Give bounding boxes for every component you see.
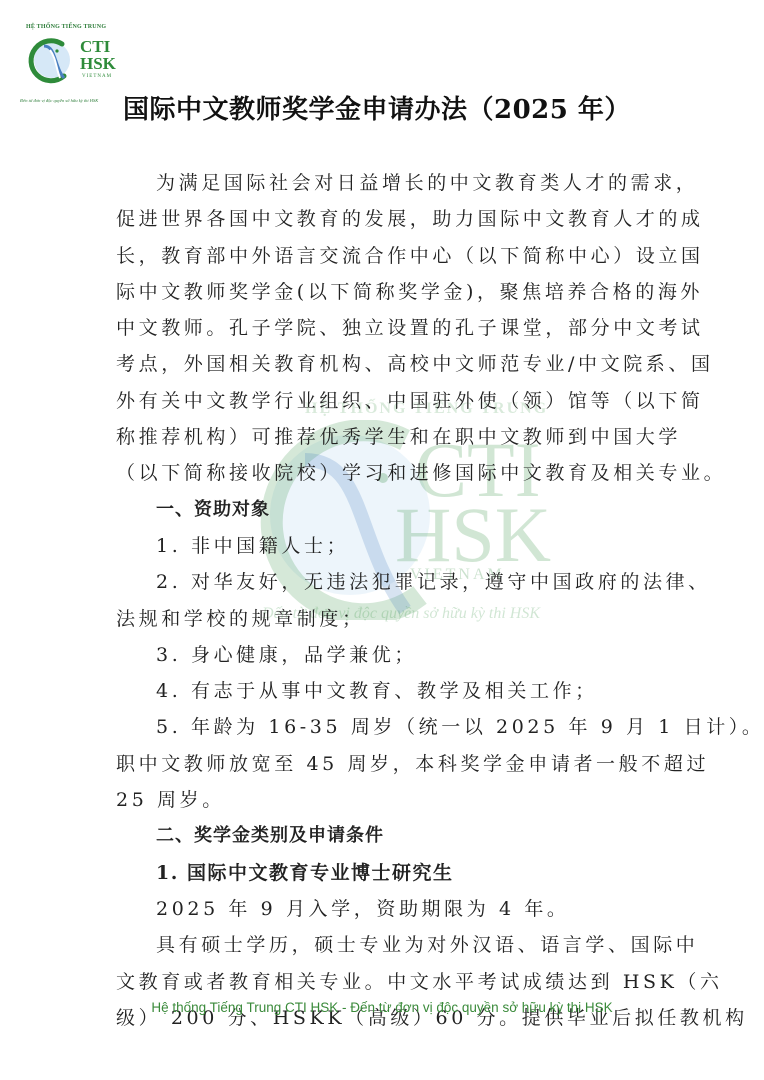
paragraph-line: 促进世界各国中文教育的发展，助力国际中文教育人才的成 [116,201,656,237]
paragraph-line: 1. 非中国籍人士； [116,528,656,564]
logo-emblem-icon [26,36,74,84]
paragraph-line: 4. 有志于从事中文教育、教学及相关工作； [116,673,656,709]
paragraph-line: 长，教育部中外语言交流合作中心（以下简称中心）设立国 [116,238,656,274]
paragraph-line: 2025 年 9 月入学，资助期限为 4 年。 [116,891,656,927]
logo-slogan: Đến từ đơn vị độc quyền sở hữu kỳ thi HS… [20,98,98,103]
paragraph-line: 际中文教师奖学金(以下简称奖学金)，聚焦培养合格的海外 [116,274,656,310]
paragraph-line: 中文教师。孔子学院、独立设置的孔子课堂，部分中文考试 [116,310,656,346]
paragraph-line: （以下简称接收院校）学习和进修国际中文教育及相关专业。 [116,455,656,491]
page-footer: Hệ thống Tiếng Trung CTI HSK - Đến từ đơ… [0,1000,764,1015]
logo-brand-hsk: HSK [80,55,116,72]
document-body: 为满足国际社会对日益增长的中文教育类人才的需求，促进世界各国中文教育的发展，助力… [116,165,656,1036]
logo-top-text: HỆ THỐNG TIẾNG TRUNG [26,24,106,30]
paragraph-line: 25 周岁。 [116,782,656,818]
logo-country: VIETNAM [82,74,112,79]
section-heading: 二、奖学金类别及申请条件 [116,818,656,854]
paragraph-line: 称推荐机构）可推荐优秀学生和在职中文教师到中国大学 [116,419,656,455]
paragraph-line: 为满足国际社会对日益增长的中文教育类人才的需求， [116,165,656,201]
paragraph-line: 2. 对华友好，无违法犯罪记录，遵守中国政府的法律、 [116,564,656,600]
paragraph-line: 具有硕士学历，硕士专业为对外汉语、语言学、国际中 [116,927,656,963]
paragraph-line: 3. 身心健康，品学兼优； [116,637,656,673]
paragraph-line: 考点，外国相关教育机构、高校中文师范专业/中文院系、国 [116,346,656,382]
document-title: 国际中文教师奖学金申请办法（2025 年） [123,93,643,127]
brand-logo: HỆ THỐNG TIẾNG TRUNG CTI HSK VIETNAM Đến… [18,18,138,110]
paragraph-line: 职中文教师放宽至 45 周岁，本科奖学金申请者一般不超过 [116,746,656,782]
paragraph-line: 外有关中文教学行业组织、中国驻外使（领）馆等（以下简 [116,383,656,419]
paragraph-line: 5. 年龄为 16-35 周岁（统一以 2025 年 9 月 1 日计）。在 [116,709,656,745]
subsection-heading: 1. 国际中文教育专业博士研究生 [116,855,656,891]
logo-brand-cti: CTI [80,38,110,55]
paragraph-line: 文教育或者教育相关专业。中文水平考试成绩达到 HSK（六 [116,964,656,1000]
section-heading: 一、资助对象 [116,492,656,528]
paragraph-line: 法规和学校的规章制度； [116,601,656,637]
